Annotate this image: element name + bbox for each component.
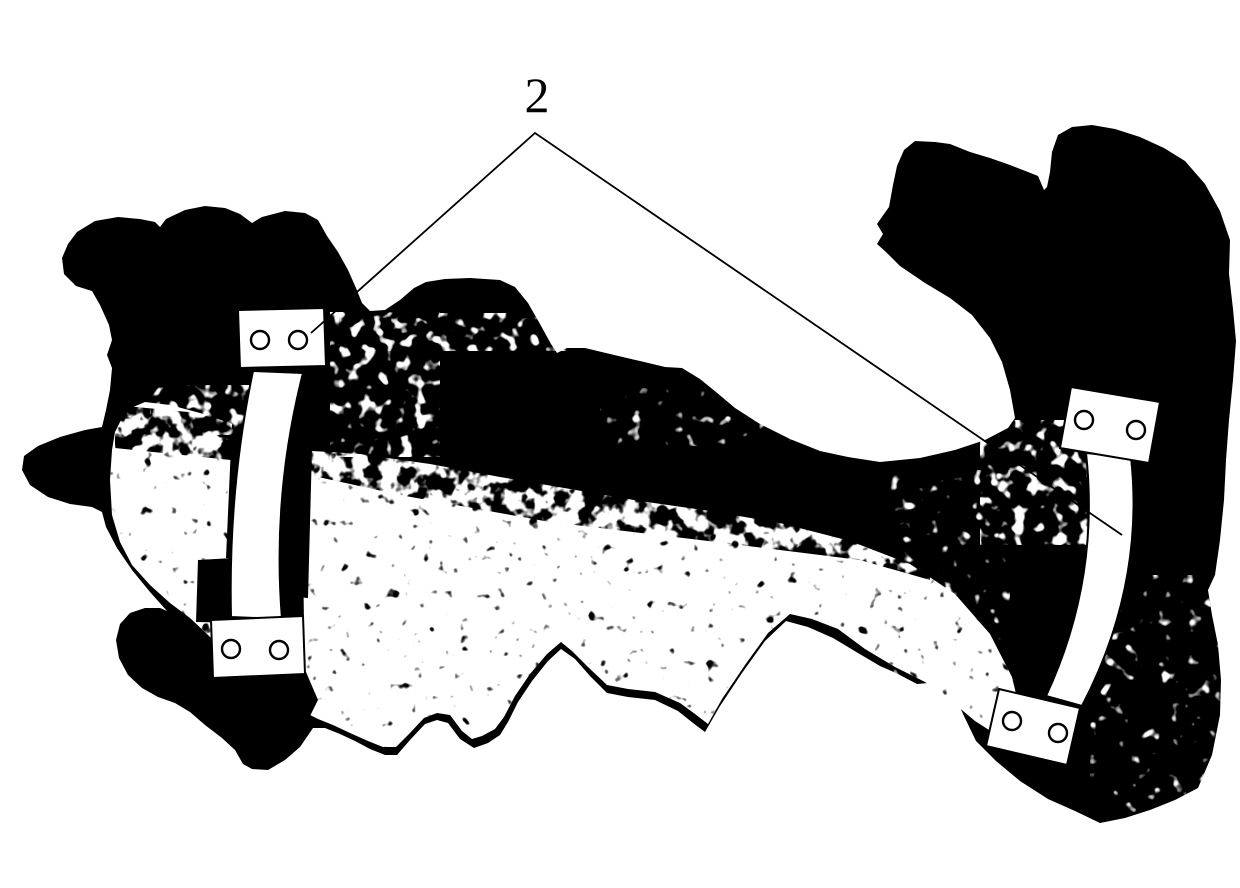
screw-hole-icon bbox=[1003, 712, 1021, 730]
screw-hole-icon bbox=[289, 331, 307, 349]
white-patch-valley bbox=[330, 312, 440, 457]
bone-plate-figure: 2 bbox=[0, 0, 1240, 888]
reference-numeral: 2 bbox=[525, 67, 550, 123]
white-patch-right-column bbox=[880, 470, 1010, 695]
screw-hole-icon bbox=[1049, 724, 1067, 742]
patent-figure-canvas: 2 bbox=[0, 0, 1240, 888]
screw-hole-icon bbox=[222, 640, 240, 658]
screw-hole-icon bbox=[1127, 421, 1145, 439]
screw-hole-icon bbox=[270, 641, 288, 659]
screw-hole-icon bbox=[1075, 411, 1093, 429]
screw-hole-icon bbox=[251, 331, 269, 349]
